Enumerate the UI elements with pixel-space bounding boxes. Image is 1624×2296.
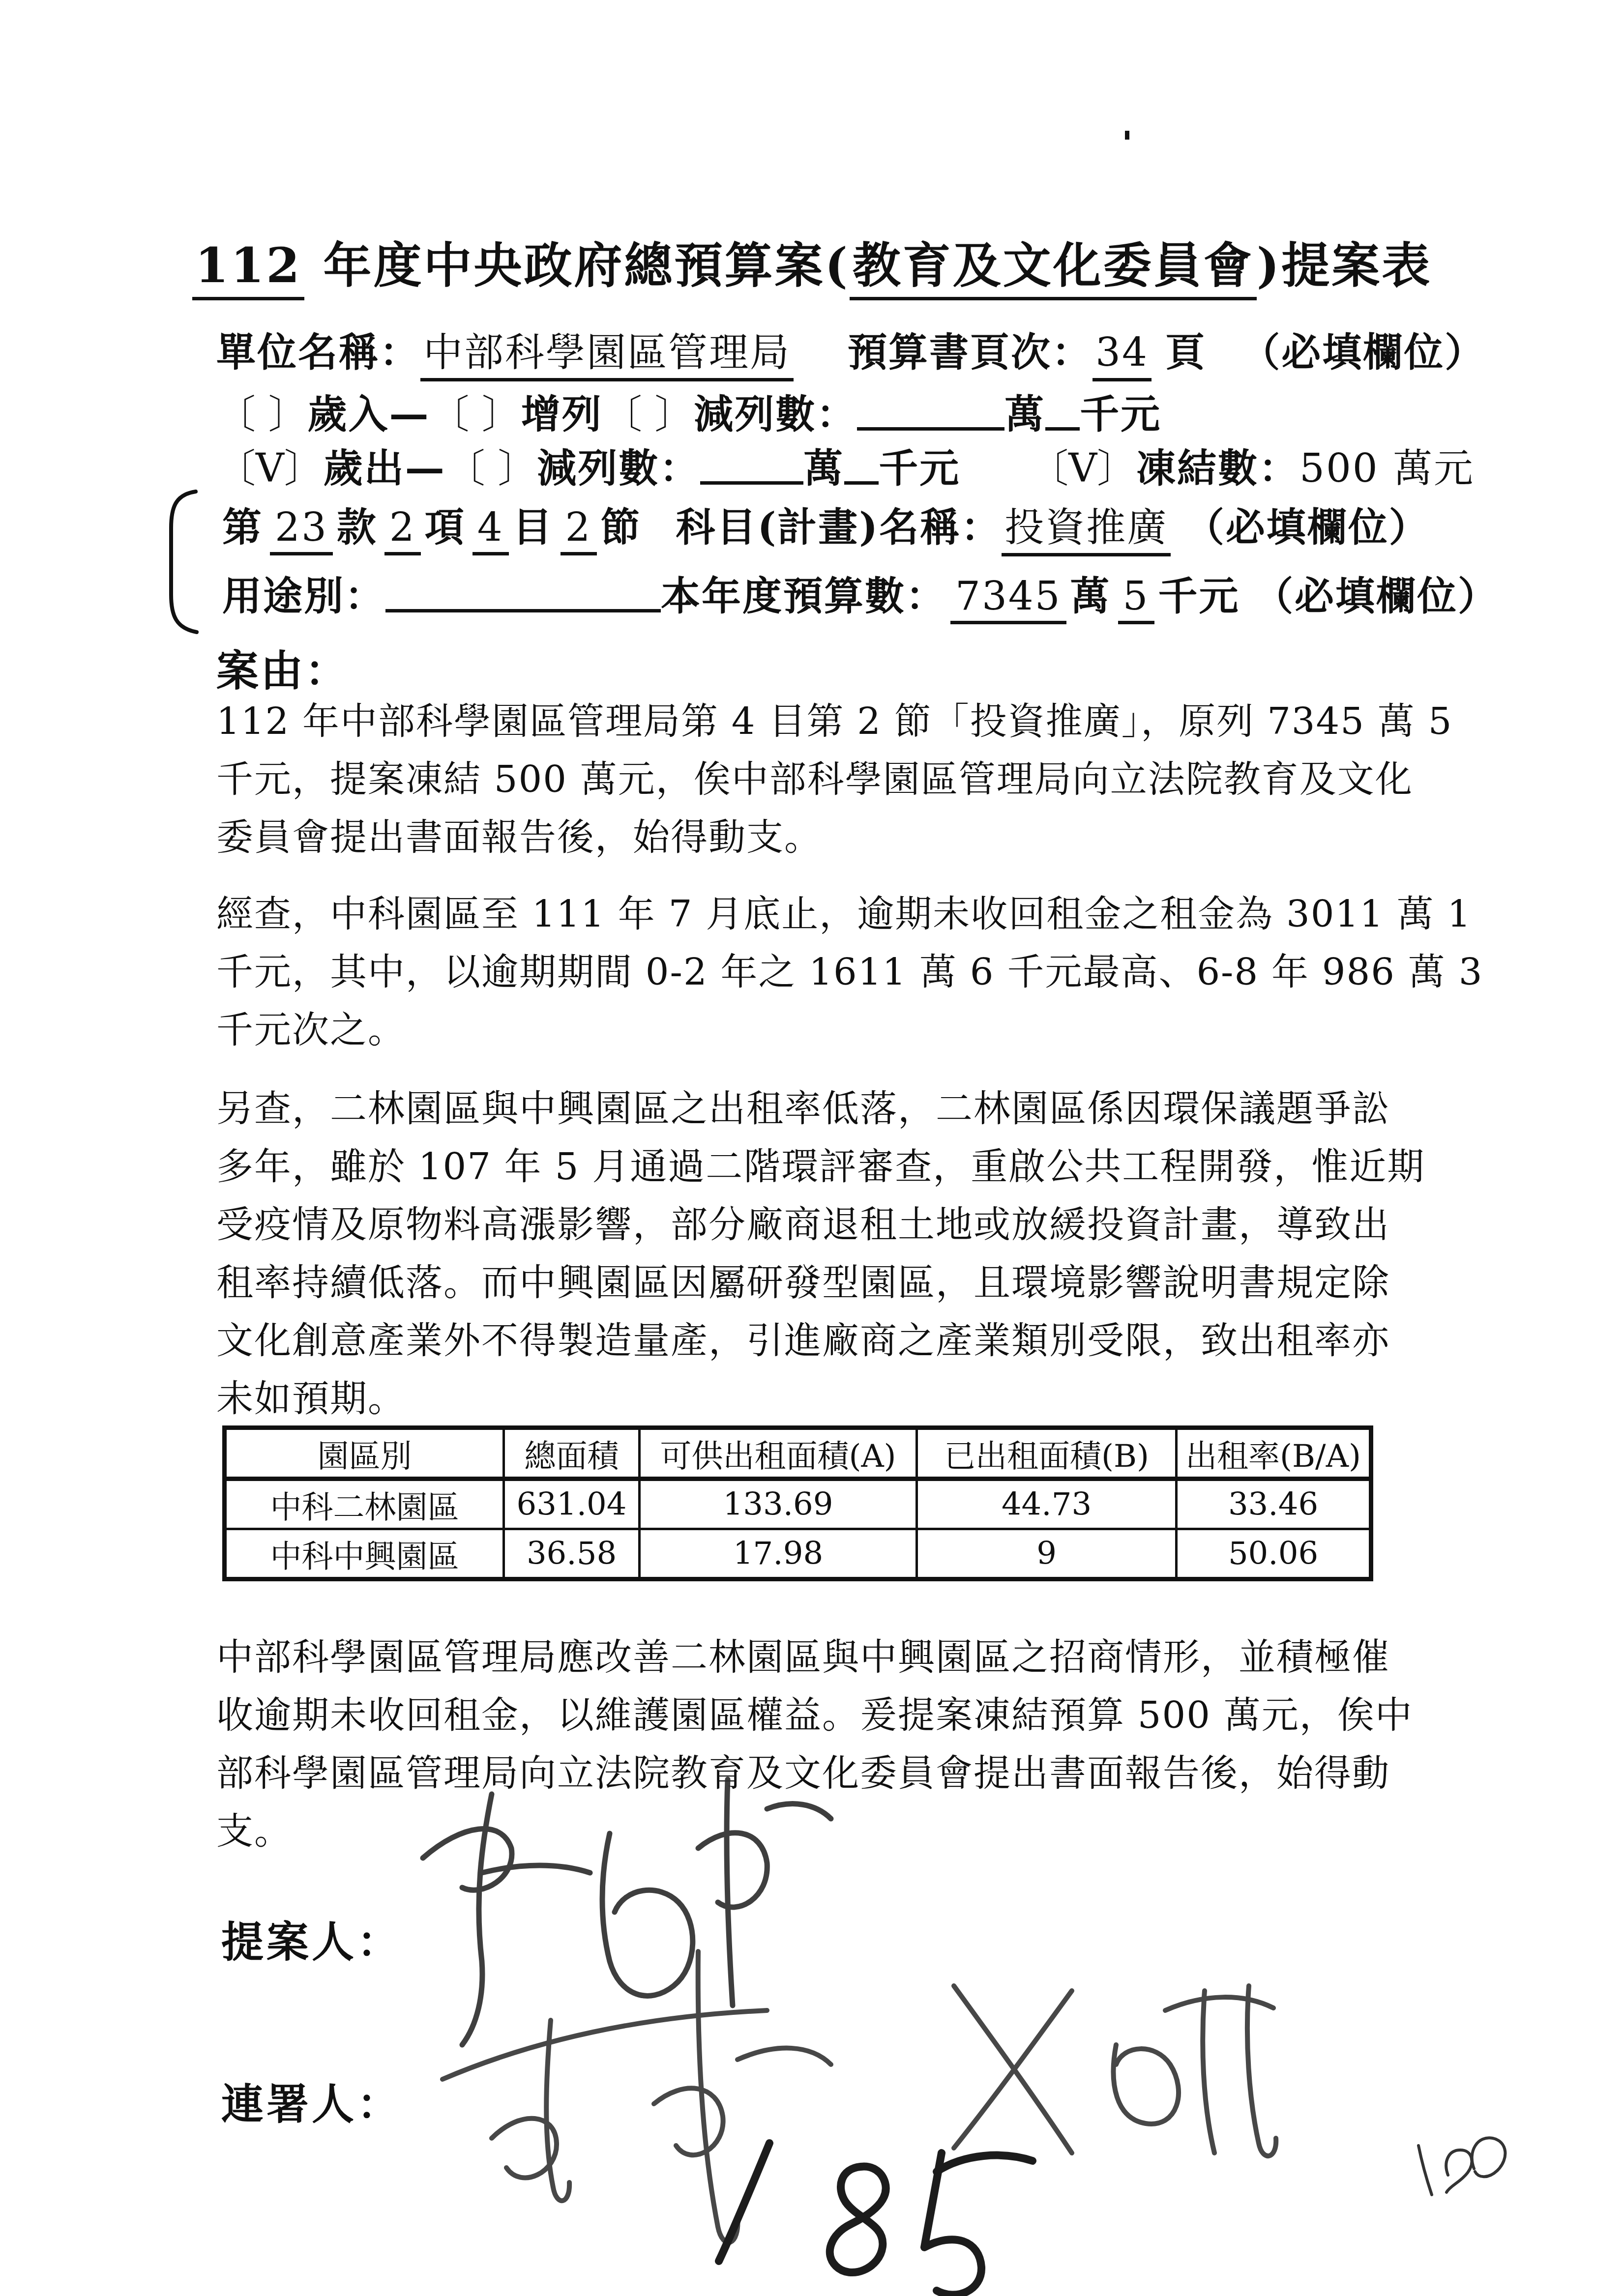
- table-header-row: 園區別 總面積 可供出租面積(A) 已出租面積(B) 出租率(B/A): [225, 1428, 1371, 1479]
- para3-line1: 另查，二林園區與中興園區之出租率低落，二林園區係因環保議題爭訟: [216, 1079, 1390, 1132]
- budget-page-value: 34: [1093, 329, 1152, 381]
- checkbox-revenue-unchecked: 〔 〕: [216, 391, 307, 437]
- usage-label: 用途別：: [222, 573, 385, 619]
- blank-exp-qian: [844, 481, 879, 485]
- blank-amount-qian: [1045, 427, 1080, 431]
- item-section-line: 第23款2項4目2節科目(計畫)名稱：投資推廣 （必填欄位）: [222, 495, 1430, 552]
- para4-line2: 收逾期未收回租金，以維護園區權益。爰提案凍結預算 500 萬元，俟中: [216, 1686, 1413, 1739]
- revenue-line: 〔 〕歲入—〔 〕增列〔 〕減列數：萬千元: [216, 382, 1161, 439]
- checkbox-decrease-unchecked: 〔 〕: [603, 391, 694, 437]
- unit-name-value: 中部科學園區管理局: [420, 329, 794, 381]
- expenditure-line: 〔V〕歲出—〔 〕減列數：萬千元〔V〕凍結數：500 萬元: [216, 436, 1475, 493]
- parks-occupancy-table: 園區別 總面積 可供出租面積(A) 已出租面積(B) 出租率(B/A) 中科二林…: [222, 1425, 1373, 1581]
- checkbox-freeze-checked: 〔V〕: [1029, 445, 1136, 491]
- kuan-number: 23: [270, 504, 333, 555]
- para3-line3: 受疫情及原物料高漲影響，部分廠商退租土地或放緩投資計畫，導致出: [216, 1195, 1390, 1248]
- handwritten-number-185: [688, 2114, 993, 2281]
- blank-amount-wan: [857, 427, 1004, 431]
- table-header-cell: 已出租面積(B): [917, 1428, 1177, 1479]
- title-year: 112: [192, 237, 305, 300]
- page-title: 112 年度中央政府總預算案(教育及文化委員會)提案表: [0, 227, 1624, 296]
- unit-name-line: 單位名稱：中部科學園區管理局預算書頁次：34 頁（必填欄位）: [216, 320, 1485, 377]
- table-cell: 17.98: [640, 1529, 917, 1579]
- table-cell: 中科二林園區: [225, 1479, 504, 1529]
- cosigner-label: 連署人：: [221, 2070, 402, 2131]
- para2-line3: 千元次之。: [216, 1001, 406, 1053]
- unit-name-label: 單位名稱：: [216, 329, 420, 375]
- xiang-number: 2: [384, 504, 421, 555]
- corner-number-120: [1401, 2128, 1509, 2212]
- para1-line2: 千元，提案凍結 500 萬元，俟中部科學園區管理局向立法院教育及文化: [216, 750, 1413, 803]
- table-cell: 36.58: [504, 1529, 640, 1579]
- para4-line4: 支。: [216, 1802, 292, 1855]
- checkbox-expenditure-decrease-unchecked: 〔 〕: [446, 445, 537, 491]
- para3-line6: 未如預期。: [216, 1369, 406, 1422]
- table-cell: 33.46: [1177, 1479, 1371, 1529]
- para3-line5: 文化創意產業外不得製造量產，引進廠商之產業類別受限，致出租率亦: [216, 1311, 1390, 1364]
- para3-line2: 多年，雖於 107 年 5 月通過二階環評審查，重啟公共工程開發，惟近期: [216, 1137, 1425, 1190]
- table-header-cell: 總面積: [504, 1428, 640, 1479]
- mu-number: 4: [472, 504, 509, 555]
- table-header-cell: 園區別: [225, 1428, 504, 1479]
- budget-page-label: 預算書頁次：: [848, 329, 1093, 375]
- para4-line1: 中部科學園區管理局應改善二林園區與中興園區之招商情形，並積極催: [216, 1628, 1390, 1681]
- table-header-cell: 可供出租面積(A): [640, 1428, 917, 1479]
- table-cell: 50.06: [1177, 1529, 1371, 1579]
- budget-amount-label: 本年度預算數：: [661, 573, 946, 619]
- scan-speck: [1125, 131, 1129, 140]
- checkbox-expenditure-checked: 〔V〕: [216, 445, 324, 491]
- para3-line4: 租率持續低落。而中興園區因屬研發型園區，且環境影響說明書規定除: [216, 1253, 1390, 1306]
- table-cell: 中科中興園區: [225, 1529, 504, 1579]
- budget-amount-qian: 5: [1118, 573, 1154, 624]
- required-note-2: （必填欄位）: [1185, 504, 1430, 550]
- table-cell: 133.69: [640, 1479, 917, 1529]
- required-note-3: （必填欄位）: [1254, 573, 1499, 619]
- table-row: 中科中興園區 36.58 17.98 9 50.06: [225, 1529, 1371, 1579]
- required-note-1: （必填欄位）: [1240, 329, 1485, 375]
- title-committee: 教育及文化委員會: [850, 237, 1257, 300]
- table-cell: 44.73: [917, 1479, 1177, 1529]
- para1-line3: 委員會提出書面報告後，始得動支。: [216, 808, 822, 861]
- left-bracket: [160, 488, 205, 635]
- budget-amount-wan: 7345: [950, 573, 1066, 624]
- subject-value: 投資推廣: [1002, 504, 1171, 556]
- freeze-value: 500 萬元: [1299, 445, 1475, 491]
- table-row: 中科二林園區 631.04 133.69 44.73 33.46: [225, 1479, 1371, 1529]
- usage-line: 用途別：本年度預算數：7345萬5千元 （必填欄位）: [222, 564, 1499, 621]
- para1-line1: 112 年中部科學園區管理局第 4 目第 2 節「投資推廣」，原列 7345 萬…: [216, 692, 1452, 745]
- subject-label: 科目(計畫)名稱：: [676, 504, 1002, 550]
- page-suffix: 頁: [1165, 329, 1206, 375]
- jie-number: 2: [561, 504, 597, 555]
- table-header-cell: 出租率(B/A): [1177, 1428, 1371, 1479]
- blank-usage: [385, 609, 661, 612]
- case-heading: 案由：: [216, 637, 349, 698]
- table-cell: 9: [917, 1529, 1177, 1579]
- blank-exp-wan: [700, 481, 803, 485]
- checkbox-increase-unchecked: 〔 〕: [430, 391, 521, 437]
- scanned-budget-proposal-form: 112 年度中央政府總預算案(教育及文化委員會)提案表 單位名稱：中部科學園區管…: [0, 0, 1624, 2296]
- para2-line1: 經查，中科園區至 111 年 7 月底止，逾期未收回租金之租金為 3011 萬 …: [216, 885, 1472, 937]
- para2-line2: 千元，其中，以逾期期間 0-2 年之 1611 萬 6 千元最高、6-8 年 9…: [216, 943, 1483, 995]
- table-cell: 631.04: [504, 1479, 640, 1529]
